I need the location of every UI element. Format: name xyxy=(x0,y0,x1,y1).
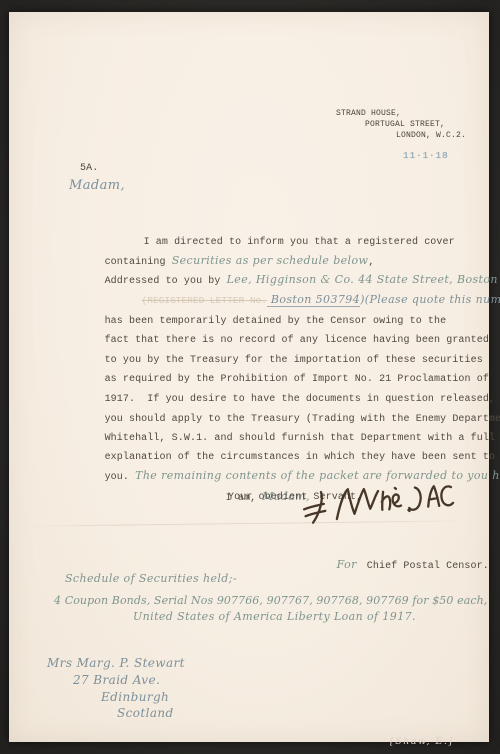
censor-title: Chief Postal Censor. xyxy=(361,561,489,572)
signed-for-line: For Chief Postal Censor. xyxy=(310,537,489,591)
archivist-annotation: [Shaw, E.] xyxy=(390,736,454,747)
recipient-line: 27 Braid Ave. xyxy=(73,673,160,687)
letter-paper: STRAND HOUSE, PORTUGAL STREET, LONDON, W… xyxy=(9,12,489,742)
sender-address-line: LONDON, W.C.2. xyxy=(396,131,466,140)
recipient-line: Mrs Marg. P. Stewart xyxy=(47,656,185,670)
handwritten-text: For xyxy=(337,558,361,571)
reference-number: 5A. xyxy=(80,163,98,174)
photo-mount: STRAND HOUSE, PORTUGAL STREET, LONDON, W… xyxy=(0,0,500,754)
schedule-line: United States of America Liberty Loan of… xyxy=(133,610,416,623)
typed-text: you. xyxy=(105,472,136,483)
date-stamp: 11·1·18 xyxy=(403,150,449,161)
sender-address-line: PORTUGAL STREET, xyxy=(365,120,445,129)
schedule-heading: Schedule of Securities held;- xyxy=(65,572,237,585)
salutation: Madam, xyxy=(69,178,125,193)
schedule-line: 4 Coupon Bonds, Serial Nos 907766, 90776… xyxy=(54,594,487,607)
signature-scrawl xyxy=(298,474,461,535)
recipient-line: Scotland xyxy=(117,706,174,720)
sender-address-line: STRAND HOUSE, xyxy=(336,109,401,118)
recipient-line: Edinburgh xyxy=(101,690,169,704)
